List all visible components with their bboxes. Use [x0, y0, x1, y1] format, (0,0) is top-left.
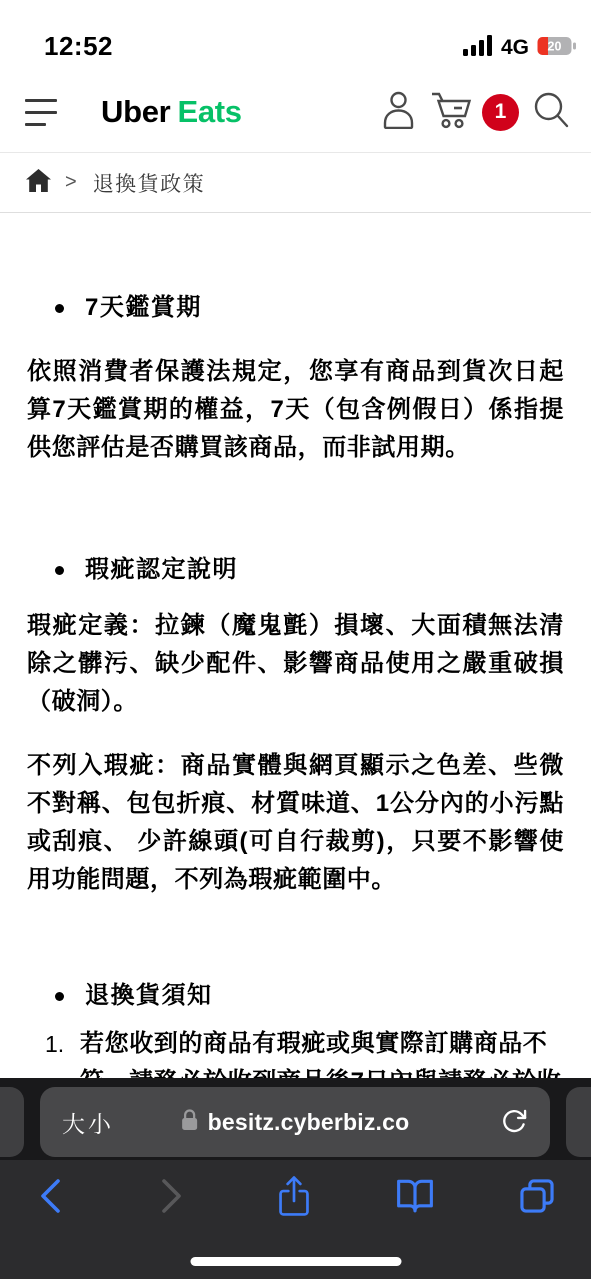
bullet-icon	[55, 304, 64, 313]
breadcrumb-separator: >	[65, 171, 77, 194]
mobile-safari-screen: 12:52 4G 20	[0, 0, 591, 1279]
search-icon[interactable]	[533, 91, 569, 133]
header-actions: 1	[381, 90, 569, 135]
safari-address-area: 大小 besitz.cyberbiz.co	[0, 1078, 591, 1160]
section-heading-trial-period: 7天鑑賞期	[27, 289, 564, 327]
status-time: 12:52	[44, 31, 113, 62]
svg-text:20: 20	[548, 39, 562, 53]
safari-chrome: 大小 besitz.cyberbiz.co	[0, 1078, 591, 1279]
back-icon[interactable]	[28, 1176, 72, 1216]
next-tab-edge[interactable]	[566, 1087, 591, 1157]
breadcrumb: > 退換貨政策	[0, 152, 591, 213]
battery-icon: 20	[537, 36, 577, 61]
breadcrumb-current-page: 退換貨政策	[93, 168, 206, 198]
site-header: Uber Eats 1	[0, 72, 591, 152]
status-indicators: 4G 20	[463, 35, 577, 62]
text-size-button[interactable]: 大小	[62, 1106, 114, 1139]
url-text: besitz.cyberbiz.co	[208, 1109, 410, 1136]
share-icon[interactable]	[272, 1176, 316, 1216]
section-heading-text: 退換貨須知	[85, 977, 213, 1015]
status-bar: 12:52 4G 20	[0, 0, 591, 72]
account-icon[interactable]	[381, 91, 416, 134]
address-bar[interactable]: 大小 besitz.cyberbiz.co	[40, 1087, 550, 1157]
policy-content: 7天鑑賞期 依照消費者保護法規定，您享有商品到貨次日起算7天鑑賞期的權益，7天（…	[0, 289, 591, 1101]
bullet-icon	[55, 992, 64, 1001]
address-group[interactable]: besitz.cyberbiz.co	[181, 1108, 410, 1137]
uber-eats-logo[interactable]: Uber Eats	[101, 94, 242, 130]
paragraph-trial-period: 依照消費者保護法規定，您享有商品到貨次日起算7天鑑賞期的權益，7天（包含例假日）…	[27, 353, 564, 467]
home-indicator[interactable]	[190, 1257, 401, 1266]
paragraph-defect-definition: 瑕疵定義：拉鍊（魔鬼氈）損壞、大面積無法清除之髒污、缺少配件、影響商品使用之嚴重…	[27, 607, 564, 721]
safari-toolbar	[0, 1160, 591, 1279]
reload-icon[interactable]	[500, 1108, 528, 1136]
bookmarks-icon[interactable]	[393, 1176, 437, 1216]
section-heading-return-notes: 退換貨須知	[27, 977, 564, 1015]
lock-icon	[181, 1108, 199, 1137]
forward-icon[interactable]	[150, 1176, 194, 1216]
previous-tab-edge[interactable]	[0, 1087, 24, 1157]
logo-text-eats: Eats	[177, 94, 241, 130]
cellular-signal-icon	[463, 35, 493, 61]
menu-icon[interactable]	[25, 99, 57, 126]
cart-count-badge[interactable]: 1	[482, 94, 519, 131]
bullet-icon	[55, 566, 64, 575]
section-heading-defect-definition: 瑕疵認定說明	[27, 551, 564, 589]
cart-icon[interactable]	[430, 90, 472, 135]
network-type-label: 4G	[501, 36, 529, 60]
tabs-icon[interactable]	[515, 1176, 559, 1216]
home-icon[interactable]	[26, 169, 51, 197]
paragraph-defect-exclusions: 不列入瑕疵：商品實體與網頁顯示之色差、些微不對稱、包包折痕、材質味道、1公分內的…	[27, 747, 564, 899]
logo-text-uber: Uber	[101, 94, 170, 130]
section-heading-text: 瑕疵認定說明	[85, 551, 238, 589]
section-heading-text: 7天鑑賞期	[85, 289, 202, 327]
